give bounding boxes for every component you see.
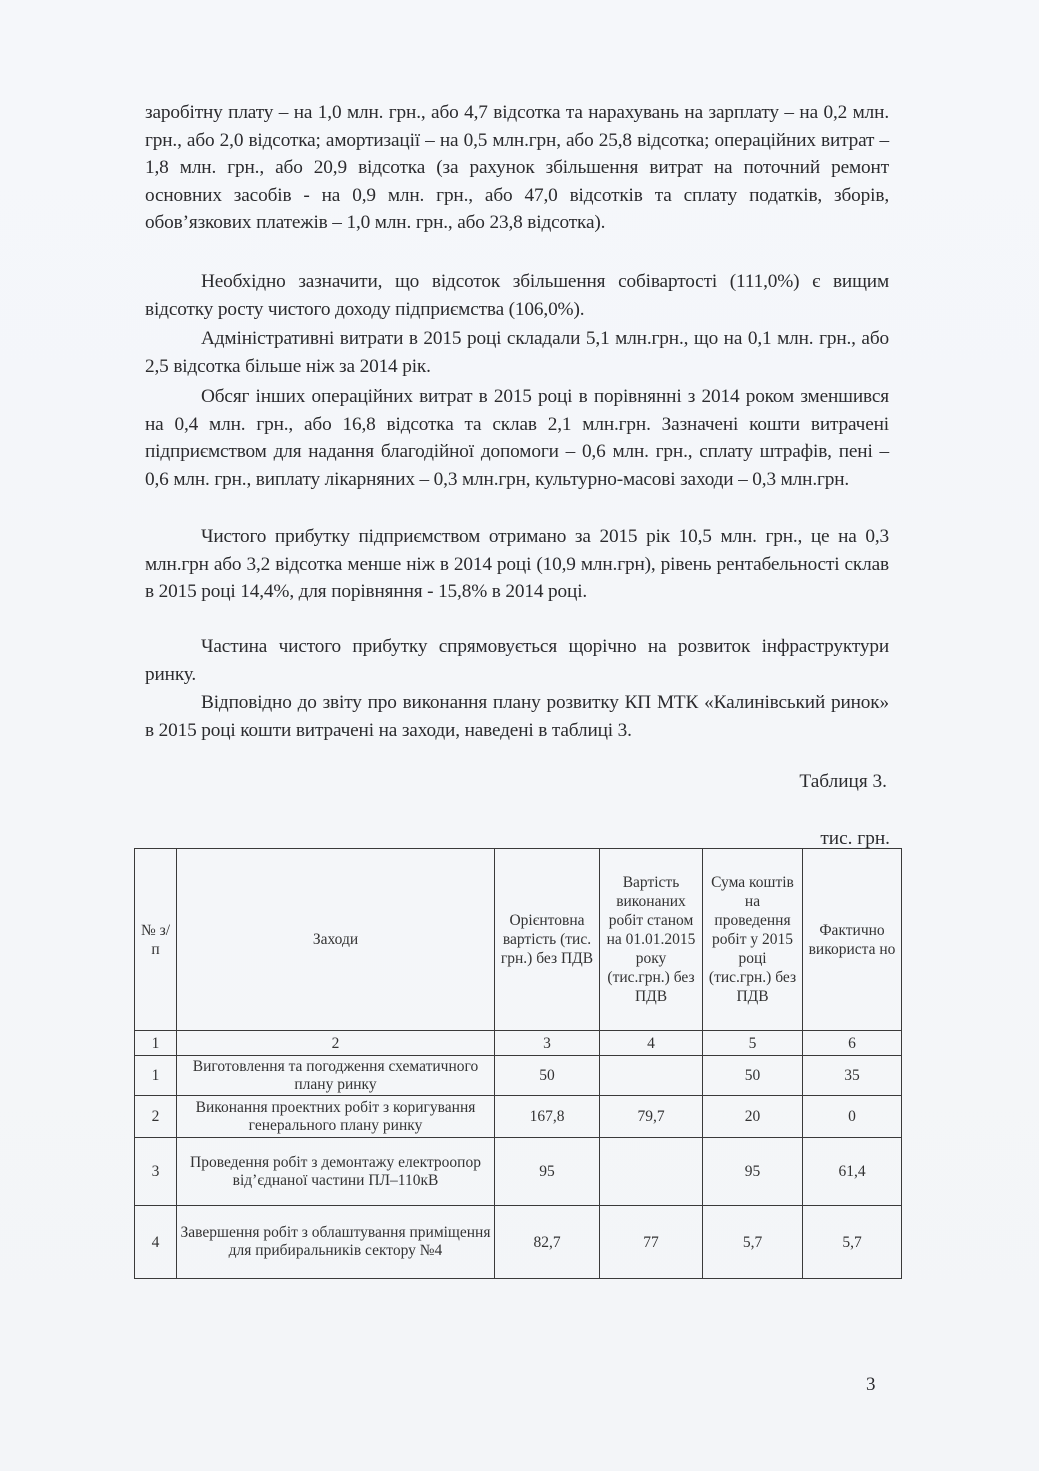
column-index: 3 [495,1031,600,1056]
document-page: заробітну плату – на 1,0 млн. грн., або … [0,0,1039,1471]
paragraph-text: заробітну плату – на 1,0 млн. грн., або … [145,99,889,237]
measures-table: № з/п Заходи Орієнтовна вартість (тис. г… [134,848,902,1279]
header-estimated-cost: Орієнтовна вартість (тис. грн.) без ПДВ [495,849,600,1031]
row-sum-2015: 5,7 [703,1206,803,1279]
paragraph-text: Необхідно зазначити, що відсоток збільше… [145,268,889,323]
row-sum-2015: 20 [703,1096,803,1138]
paragraph-development-plan: Відповідно до звіту про виконання плану … [145,689,889,744]
paragraph-profit-allocation: Частина чистого прибутку спрямовується щ… [145,633,889,688]
paragraph-admin-expenses: Адміністративні витрати в 2015 році скла… [145,325,889,380]
header-number: № з/п [135,849,177,1031]
row-done-by-2015: 79,7 [600,1096,703,1138]
row-actual: 0 [803,1096,902,1138]
column-index: 4 [600,1031,703,1056]
row-estimated: 82,7 [495,1206,600,1279]
row-done-by-2015 [600,1138,703,1206]
paragraph-text: Адміністративні витрати в 2015 році скла… [145,325,889,380]
table-unit-label: тис. грн. [820,828,890,850]
paragraph-net-profit: Чистого прибутку підприємством отримано … [145,523,889,606]
row-done-by-2015 [600,1056,703,1096]
column-index: 1 [135,1031,177,1056]
table-row: 3 Проведення робіт з демонтажу електрооп… [135,1138,902,1206]
table-row: 4 Завершення робіт з облаштування приміщ… [135,1206,902,1279]
table-column-index-row: 1 2 3 4 5 6 [135,1031,902,1056]
row-sum-2015: 50 [703,1056,803,1096]
column-index: 2 [177,1031,495,1056]
table-row: 1 Виготовлення та погодження схематичног… [135,1056,902,1096]
paragraph-text: Обсяг інших операційних витрат в 2015 ро… [145,383,889,493]
row-number: 3 [135,1138,177,1206]
paragraph-text: Частина чистого прибутку спрямовується щ… [145,633,889,688]
paragraph-text: Чистого прибутку підприємством отримано … [145,523,889,606]
row-measure: Проведення робіт з демонтажу електроопор… [177,1138,495,1206]
page-number: 3 [866,1374,876,1396]
paragraph-costs-breakdown: заробітну плату – на 1,0 млн. грн., або … [145,99,889,237]
header-sum-2015: Сума коштів на проведення робіт у 2015 р… [703,849,803,1031]
row-sum-2015: 95 [703,1138,803,1206]
table-header-row: № з/п Заходи Орієнтовна вартість (тис. г… [135,849,902,1031]
paragraph-text: Відповідно до звіту про виконання плану … [145,689,889,744]
table-caption: Таблиця 3. [799,771,887,793]
row-measure: Завершення робіт з облаштування приміщен… [177,1206,495,1279]
header-actual-used: Фактично використа но [803,849,902,1031]
paragraph-other-expenses: Обсяг інших операційних витрат в 2015 ро… [145,383,889,493]
column-index: 6 [803,1031,902,1056]
row-estimated: 50 [495,1056,600,1096]
paragraph-cost-growth: Необхідно зазначити, що відсоток збільше… [145,268,889,323]
row-measure: Виготовлення та погодження схематичного … [177,1056,495,1096]
table-row: 2 Виконання проектних робіт з коригуванн… [135,1096,902,1138]
row-estimated: 167,8 [495,1096,600,1138]
row-actual: 5,7 [803,1206,902,1279]
row-done-by-2015: 77 [600,1206,703,1279]
row-number: 2 [135,1096,177,1138]
header-measures: Заходи [177,849,495,1031]
row-actual: 35 [803,1056,902,1096]
row-actual: 61,4 [803,1138,902,1206]
row-number: 4 [135,1206,177,1279]
column-index: 5 [703,1031,803,1056]
header-completed-works: Вартість виконаних робіт станом на 01.01… [600,849,703,1031]
row-measure: Виконання проектних робіт з коригування … [177,1096,495,1138]
row-estimated: 95 [495,1138,600,1206]
row-number: 1 [135,1056,177,1096]
